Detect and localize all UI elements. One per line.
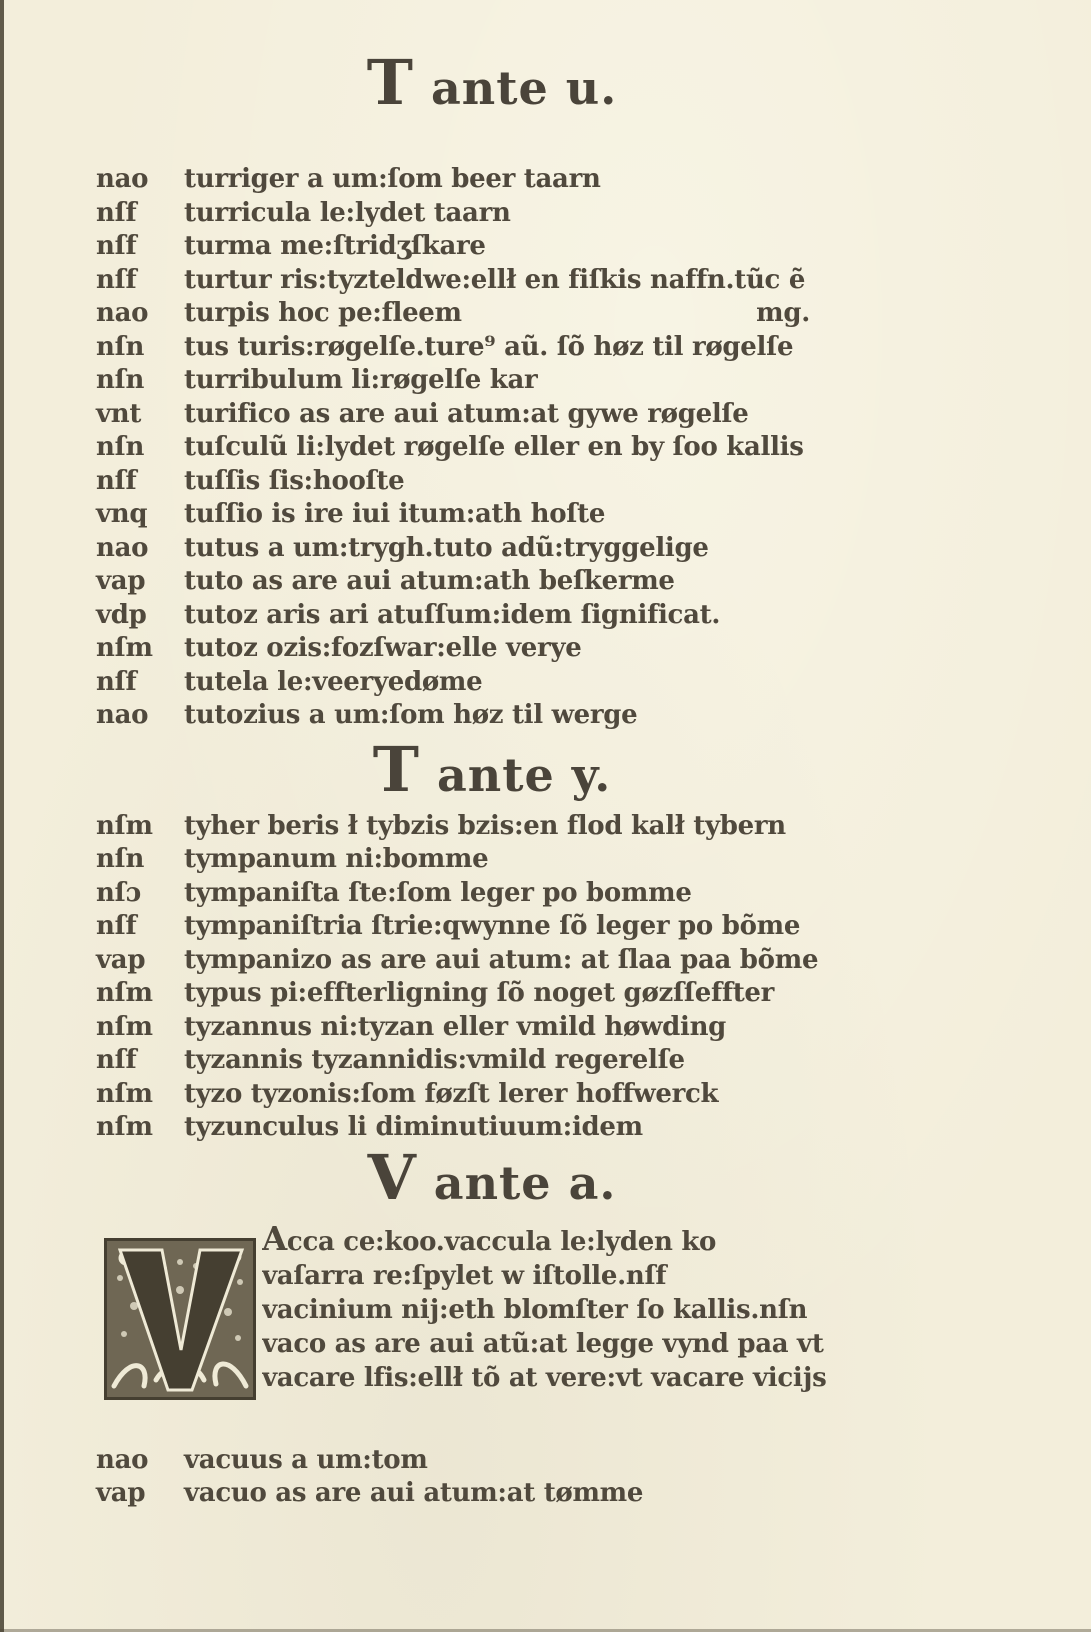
- entry-tag: nſɔ: [96, 877, 184, 911]
- entry-text: tutela le:veeryedøme: [184, 666, 888, 700]
- paragraph-line: vacare lfis:ellł tõ at vere:vt vacare vi…: [262, 1361, 888, 1395]
- paragraph-line: vaſarra re:ſpylet w iſtolle.nſf: [262, 1259, 888, 1293]
- entry-row: nſfturricula le:lydet taarn: [96, 197, 888, 231]
- entry-row: nſmtypus pi:effterligning ſõ noget gøzſſ…: [96, 977, 888, 1011]
- entry-text: tyzo tyzonis:ſom føzſt lerer hoffwerck: [184, 1078, 888, 1112]
- entry-row: nſftympaniſtria ſtrie:qwynne ſõ leger po…: [96, 910, 888, 944]
- section-t-ante-u: T ante u. naoturriger a um:ſom beer taar…: [96, 52, 888, 733]
- entry-row: vapvacuo as are aui atum:at tømme: [96, 1477, 888, 1511]
- text-block: T ante u. naoturriger a um:ſom beer taar…: [96, 0, 888, 1511]
- section-v-ante-a: V ante a.: [96, 1147, 888, 1511]
- paragraph-line: vaco as are aui atũ:at legge vynd paa vt: [262, 1327, 888, 1361]
- entry-tag: nſm: [96, 632, 184, 666]
- entry-text: tyzannis tyzannidis:vmild regerelſe: [184, 1044, 888, 1078]
- entry-text: tus turis:røgelſe.ture⁹ aũ. ſõ høz til r…: [184, 331, 888, 365]
- entry-list: nſmtyher beris ł tybzis bzis:en flod kal…: [96, 810, 888, 1145]
- entry-tag: nſm: [96, 1111, 184, 1145]
- entry-text: tutozius a um:ſom høz til werge: [184, 699, 888, 733]
- entry-row: vaptympanizo as are aui atum: at ſlaa pa…: [96, 944, 888, 978]
- entry-text: tutoz aris ari atuſſum:idem ſignificat.: [184, 599, 888, 633]
- entry-row: nſftyzannis tyzannidis:vmild regerelſe: [96, 1044, 888, 1078]
- entry-list: naoturriger a um:ſom beer taarnnſfturric…: [96, 163, 888, 733]
- entry-row: nſftuſſis ſis:hooſte: [96, 465, 888, 499]
- entry-tag: nſm: [96, 1078, 184, 1112]
- entry-tag: nſn: [96, 843, 184, 877]
- entry-text: tyzannus ni:tyzan eller vmild høwding: [184, 1011, 888, 1045]
- initial-v-woodcut: [104, 1238, 256, 1400]
- entry-tag: nſm: [96, 810, 184, 844]
- paragraph: Acca ce:koo.vaccula le:lyden kovaſarra r…: [262, 1222, 888, 1395]
- entry-row: nſntus turis:røgelſe.ture⁹ aũ. ſõ høz ti…: [96, 331, 888, 365]
- entry-tag: vap: [96, 565, 184, 599]
- entry-text: turifico as are aui atum:at gywe røgelſe: [184, 398, 888, 432]
- entry-text: typus pi:effterligning ſõ noget gøzſſeff…: [184, 977, 888, 1011]
- entry-tag: vdp: [96, 599, 184, 633]
- opening-paragraph: Acca ce:koo.vaccula le:lyden kovaſarra r…: [96, 1222, 888, 1400]
- entry-row: nſntympanum ni:bomme: [96, 843, 888, 877]
- entry-tag: nſf: [96, 264, 184, 298]
- entry-row: nſmtutoz ozis:fozſwar:elle verye: [96, 632, 888, 666]
- entry-text: turricula le:lydet taarn: [184, 197, 888, 231]
- entry-tag: nao: [96, 163, 184, 197]
- entry-tag: vnq: [96, 498, 184, 532]
- entry-row: nſfturma me:ſtridʒſkare: [96, 230, 888, 264]
- entry-row: naoturpis hoc pe:fleemmg.: [96, 297, 888, 331]
- entry-row: vntturifico as are aui atum:at gywe røge…: [96, 398, 888, 432]
- entry-row: nſntuſculũ li:lydet røgelſe eller en by …: [96, 431, 888, 465]
- entry-text: tympaniſtria ſtrie:qwynne ſõ leger po bõ…: [184, 910, 888, 944]
- entry-tag: nſf: [96, 666, 184, 700]
- section-heading: T ante y.: [96, 739, 888, 806]
- entry-tag: nao: [96, 1444, 184, 1478]
- entry-row: nſnturribulum li:røgelſe kar: [96, 364, 888, 398]
- entry-text: turriger a um:ſom beer taarn: [184, 163, 888, 197]
- entry-tag: vnt: [96, 398, 184, 432]
- entry-tag: vap: [96, 944, 184, 978]
- entry-text: tuſſis ſis:hooſte: [184, 465, 888, 499]
- entry-tag: nao: [96, 699, 184, 733]
- entry-tag: nao: [96, 297, 184, 331]
- entry-tag: vap: [96, 1477, 184, 1511]
- section-heading: V ante a.: [96, 1147, 888, 1214]
- entry-list: naovacuus a um:tomvapvacuo as are aui at…: [96, 1444, 888, 1511]
- section-t-ante-y: T ante y. nſmtyher beris ł tybzis bzis:e…: [96, 739, 888, 1145]
- entry-text: tuſſio is ire iui itum:ath hoſte: [184, 498, 888, 532]
- entry-text: tyzunculus li diminutiuum:idem: [184, 1111, 888, 1145]
- entry-row: nſmtyzunculus li diminutiuum:idem: [96, 1111, 888, 1145]
- entry-row: vnqtuſſio is ire iui itum:ath hoſte: [96, 498, 888, 532]
- entry-row: nſmtyzannus ni:tyzan eller vmild høwding: [96, 1011, 888, 1045]
- entry-tag: nſn: [96, 364, 184, 398]
- entry-tag: nao: [96, 532, 184, 566]
- entry-row: nſftutela le:veeryedøme: [96, 666, 888, 700]
- entry-row: naoturriger a um:ſom beer taarn: [96, 163, 888, 197]
- entry-text: tutus a um:trygh.tuto adũ:tryggelige: [184, 532, 888, 566]
- entry-text: turribulum li:røgelſe kar: [184, 364, 888, 398]
- entry-text: tympaniſta ſte:ſom leger po bomme: [184, 877, 888, 911]
- entry-row: nſmtyzo tyzonis:ſom føzſt lerer hoffwerc…: [96, 1078, 888, 1112]
- entry-row: nſmtyher beris ł tybzis bzis:en flod kal…: [96, 810, 888, 844]
- entry-text: tuſculũ li:lydet røgelſe eller en by ſoo…: [184, 431, 888, 465]
- entry-text: vacuus a um:tom: [184, 1444, 888, 1478]
- entry-row: naotutus a um:trygh.tuto adũ:tryggelige: [96, 532, 888, 566]
- entry-row: vaptuto as are aui atum:ath beſkerme: [96, 565, 888, 599]
- entry-text: tuto as are aui atum:ath beſkerme: [184, 565, 888, 599]
- entry-tag: nſf: [96, 1044, 184, 1078]
- entry-tag: nſn: [96, 331, 184, 365]
- entry-text: turma me:ſtridʒſkare: [184, 230, 888, 264]
- entry-row: naovacuus a um:tom: [96, 1444, 888, 1478]
- entry-tag: nſm: [96, 977, 184, 1011]
- entry-tag: nſf: [96, 465, 184, 499]
- entry-text: tympanizo as are aui atum: at ſlaa paa b…: [184, 944, 888, 978]
- entry-row: nſfturtur ris:tyzteldwe:ellł en fiſkis n…: [96, 264, 888, 298]
- entry-text: tympanum ni:bomme: [184, 843, 888, 877]
- scanned-page: T ante u. naoturriger a um:ſom beer taar…: [0, 0, 1091, 1632]
- entry-text: tutoz ozis:fozſwar:elle verye: [184, 632, 888, 666]
- entry-text: vacuo as are aui atum:at tømme: [184, 1477, 888, 1511]
- entry-row: vdptutoz aris ari atuſſum:idem ſignifica…: [96, 599, 888, 633]
- entry-row: naotutozius a um:ſom høz til werge: [96, 699, 888, 733]
- paragraph-line: Acca ce:koo.vaccula le:lyden ko: [262, 1222, 888, 1259]
- margin-note: mg.: [756, 297, 810, 331]
- entry-tag: nſf: [96, 910, 184, 944]
- entry-row: nſɔtympaniſta ſte:ſom leger po bomme: [96, 877, 888, 911]
- entry-tag: nſf: [96, 197, 184, 231]
- entry-tag: nſn: [96, 431, 184, 465]
- entry-tag: nſm: [96, 1011, 184, 1045]
- entry-text: tyher beris ł tybzis bzis:en flod kalł t…: [184, 810, 888, 844]
- paragraph-line: vacinium nĳ:eth blomſter ſo kallis.nſn: [262, 1293, 888, 1327]
- entry-text: turtur ris:tyzteldwe:ellł en fiſkis naff…: [184, 264, 888, 298]
- entry-tag: nſf: [96, 230, 184, 264]
- section-heading: T ante u.: [96, 52, 888, 119]
